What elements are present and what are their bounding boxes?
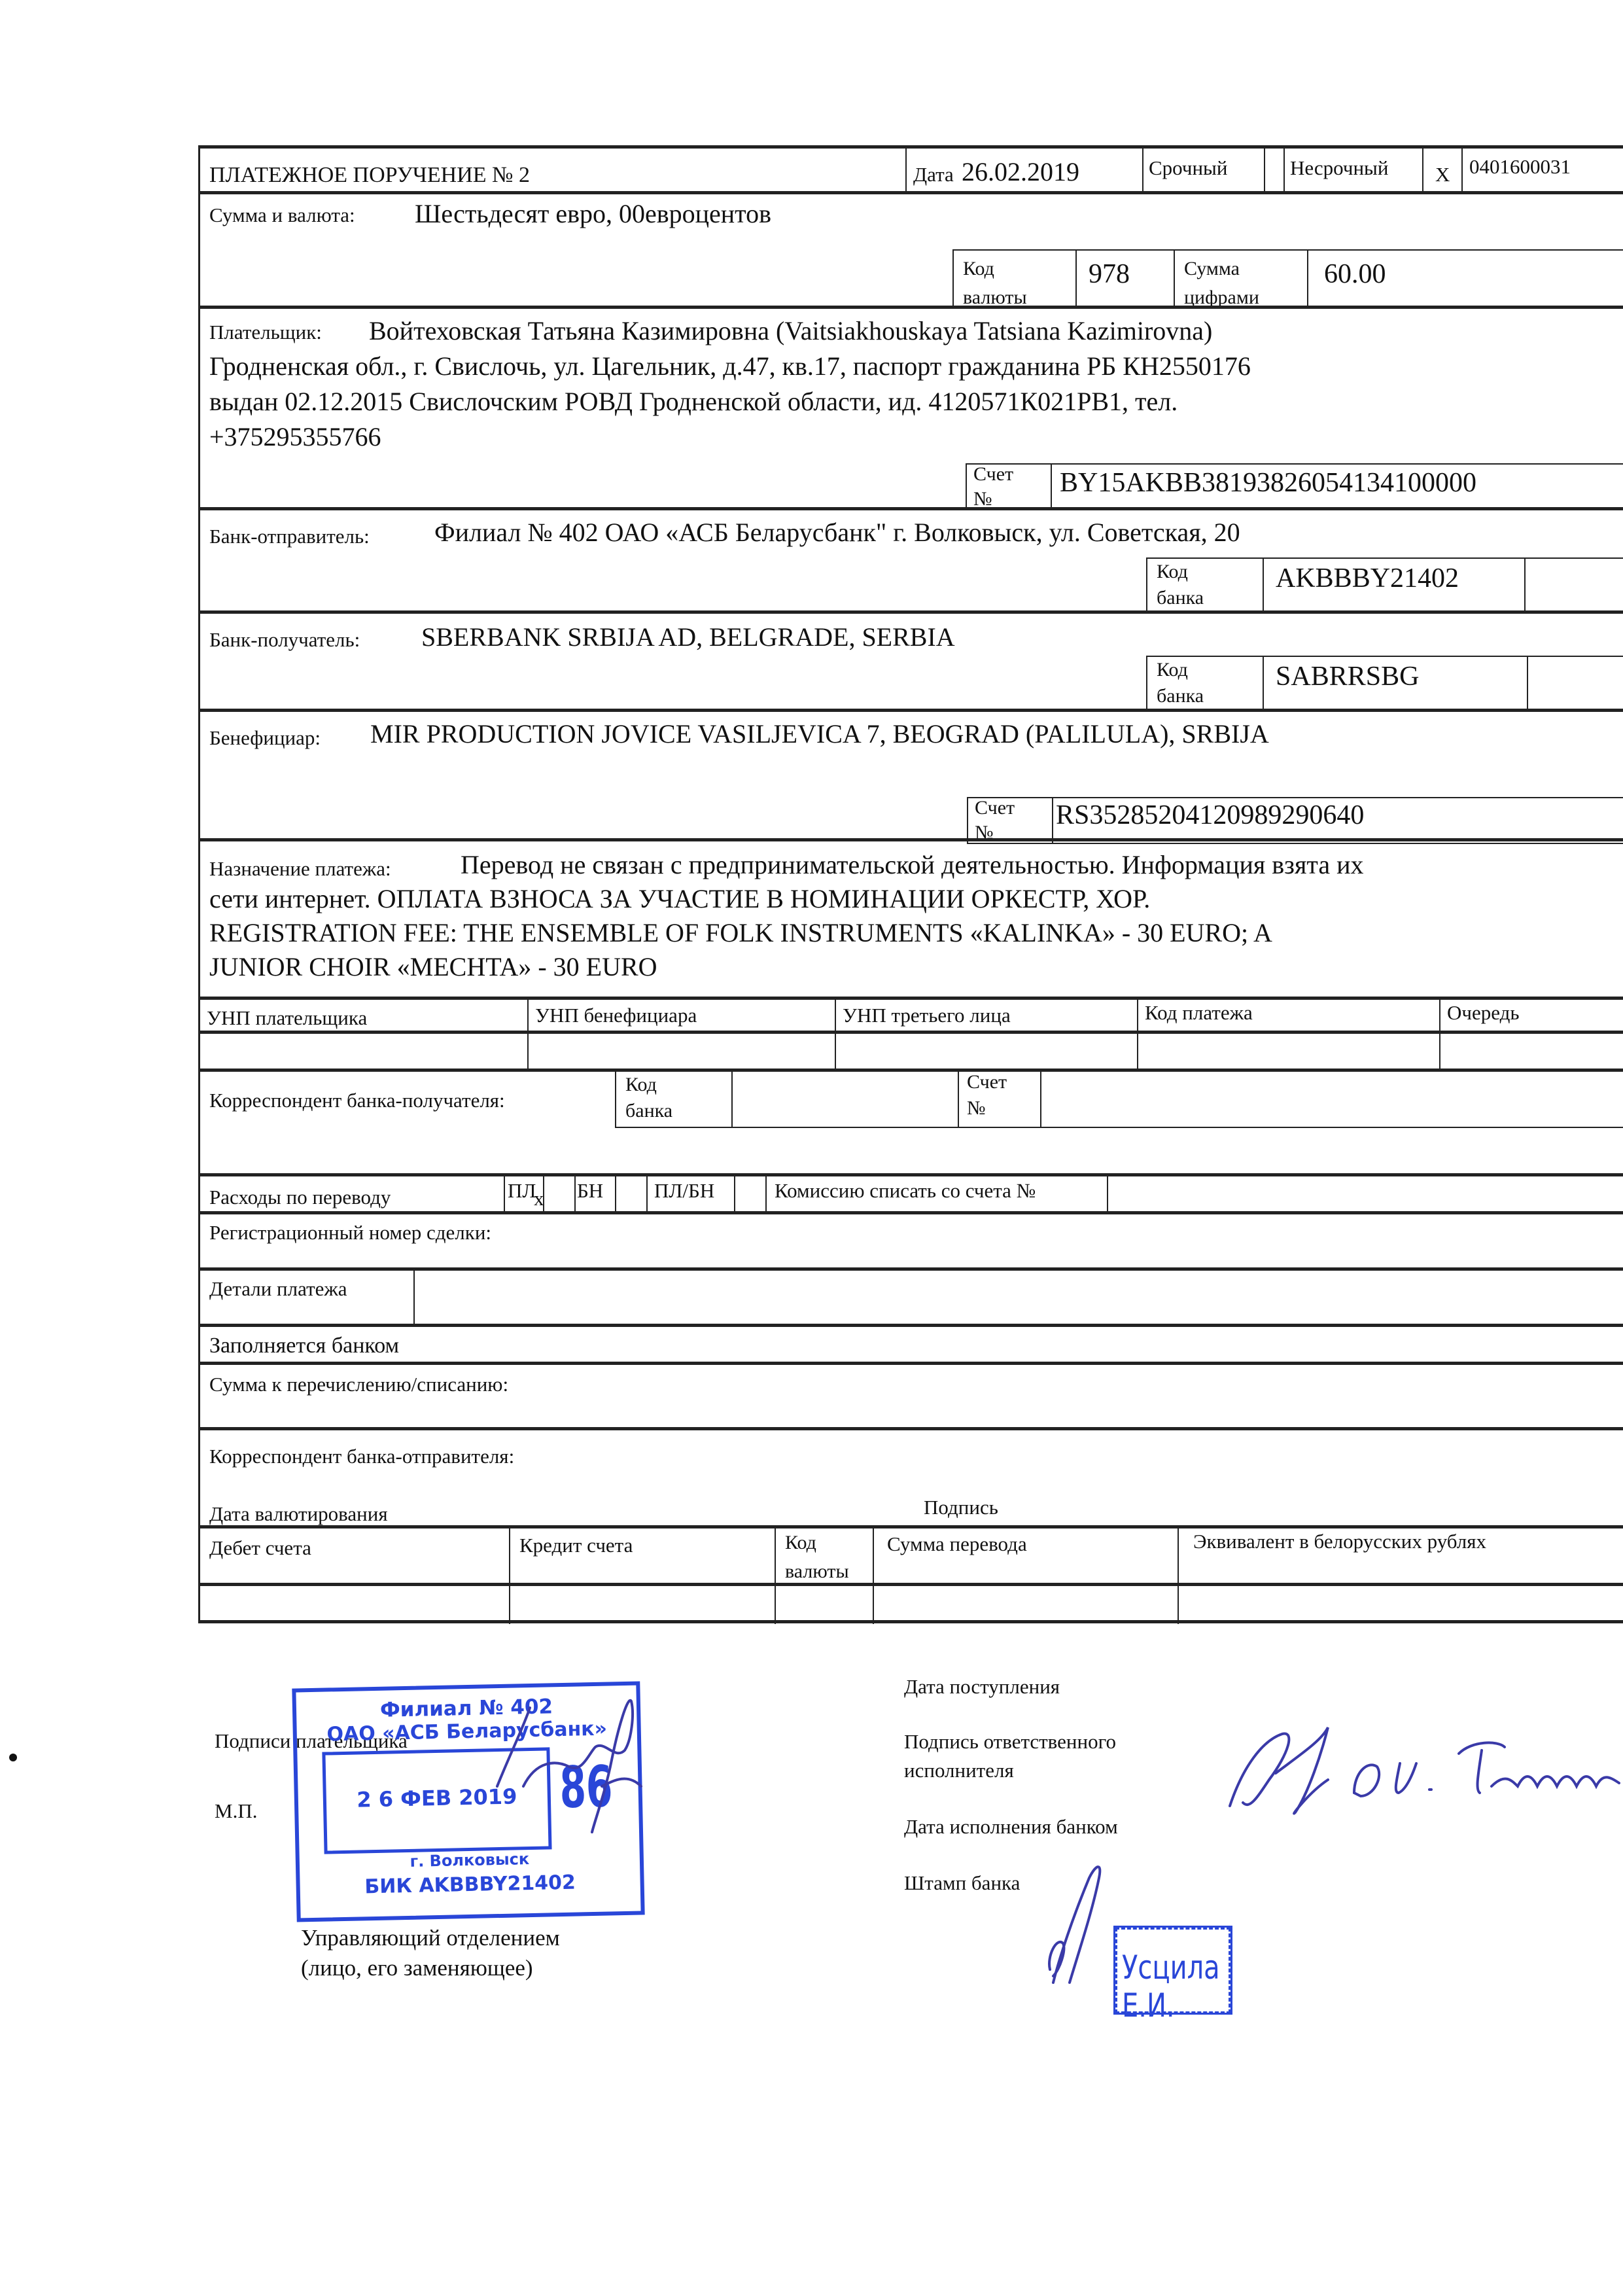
responsible-signature	[1223, 1714, 1623, 1819]
recipient-correspondent-account-label: Счет №	[967, 1069, 1006, 1122]
queue-field[interactable]	[1439, 1034, 1623, 1069]
details-field[interactable]	[413, 1271, 1623, 1324]
recipient-correspondent-box: Код банка Счет №	[615, 1072, 1623, 1128]
urgent-cell: Срочный	[1142, 149, 1264, 192]
sender-bank-code-label: Код банка	[1157, 559, 1209, 611]
non-urgent-cell: Несрочный	[1283, 149, 1422, 192]
beneficiary-account-box: Счет № RS35285204120989290640	[967, 797, 1623, 844]
execution-date-label: Дата исполнения банком	[904, 1815, 1118, 1839]
sender-bank-name[interactable]: Филиал № 402 ОАО «АСБ Беларусбанк" г. Во…	[434, 517, 1240, 548]
transfer-amount-header: Сумма перевода	[887, 1532, 1027, 1556]
bank-stamp-bik: БИК AKBBBY21402	[300, 1870, 640, 1900]
bank-amount-row: Сумма к перечислению/списанию:	[200, 1362, 1623, 1427]
recipient-bank-label: Банк-получатель:	[209, 628, 360, 652]
unp-third-party-header: УНП третьего лица	[843, 1004, 1011, 1027]
date-label: Дата	[913, 163, 954, 186]
manager-line-2: (лицо, его заменяющее)	[301, 1955, 533, 1981]
name-stamp-text: Усцила Е.И.	[1122, 1949, 1220, 2024]
amount-words[interactable]: Шестьдесят евро, 00евроцентов	[415, 198, 771, 229]
sender-bank-row: Банк-отправитель: Филиал № 402 ОАО «АСБ …	[200, 507, 1623, 610]
expense-option-shared-checkbox[interactable]	[734, 1176, 765, 1212]
sender-bank-label: Банк-отправитель:	[209, 525, 370, 548]
margin-dot	[9, 1754, 17, 1761]
sender-bank-code-box: Код банка AKBBBY21402	[1146, 557, 1623, 614]
currency-code-value[interactable]: 978	[1089, 258, 1130, 290]
recipient-correspondent-row: Корреспондент банка-получателя: Код банк…	[200, 1069, 1623, 1173]
sender-correspondent-label: Корреспондент банка-отправителя:	[209, 1445, 514, 1468]
recipient-correspondent-account-field[interactable]	[1040, 1072, 1041, 1127]
details-row: Детали платежа	[200, 1267, 1623, 1324]
debit-account-header: Дебет счета	[209, 1536, 311, 1560]
unp-payer-field[interactable]	[200, 1034, 527, 1069]
date-value[interactable]: 26.02.2019	[962, 156, 1079, 187]
amount-label: Сумма и валюта:	[209, 203, 355, 227]
commission-label: Комиссию списать со счета №	[775, 1179, 1036, 1203]
recipient-bank-row: Банк-получатель: SBERBANK SRBIJA AD, BEL…	[200, 610, 1623, 709]
debit-account-field[interactable]	[200, 1586, 509, 1624]
recipient-correspondent-code-label: Код банка	[625, 1072, 684, 1124]
expense-mark-x: x	[534, 1187, 544, 1210]
expense-option-beneficiary-checkbox[interactable]	[615, 1176, 646, 1212]
non-urgent-label: Несрочный	[1290, 156, 1388, 180]
amount-digits-label: Сумма цифрами	[1184, 255, 1276, 312]
amount-row: Сумма и валюта: Шестьдесят евро, 00евроц…	[200, 191, 1623, 306]
unp-value-row	[200, 1031, 1623, 1069]
payer-account-value[interactable]: BY15AKBB38193826054134100000	[1060, 467, 1476, 499]
recipient-bank-name[interactable]: SBERBANK SRBIJA AD, BELGRADE, SERBIA	[421, 622, 955, 652]
expenses-row: Расходы по переводу ПЛ x БН ПЛ/БН Комисс…	[200, 1173, 1623, 1211]
bank-section-title-row: Заполняется банком	[200, 1324, 1623, 1362]
beneficiary-account-value[interactable]: RS35285204120989290640	[1056, 800, 1364, 831]
payer-account-box: Счет № BY15AKBB38193826054134100000	[966, 463, 1623, 510]
form-code-cell: 0401600031	[1461, 149, 1623, 192]
byn-equivalent-field[interactable]	[1178, 1586, 1623, 1624]
payer-address[interactable]: Гродненская обл., г. Свислочь, ул. Цагел…	[209, 351, 1251, 381]
name-stamp: Усцила Е.И.	[1113, 1926, 1232, 2015]
payment-order-form: ПЛАТЕЖНОЕ ПОРУЧЕНИЕ № 2 Дата 26.02.2019 …	[198, 145, 1623, 1623]
sender-correspondent-row: Корреспондент банка-отправителя: Дата ва…	[200, 1427, 1623, 1525]
controller-signature	[1034, 1858, 1112, 1989]
currency-code-field[interactable]	[775, 1586, 873, 1624]
expenses-label: Расходы по переводу	[209, 1186, 391, 1209]
document-title: ПЛАТЕЖНОЕ ПОРУЧЕНИЕ № 2	[209, 163, 530, 188]
form-code: 0401600031	[1469, 155, 1571, 179]
transfer-table-values	[200, 1583, 1623, 1623]
commission-label-cell: Комиссию списать со счета №	[765, 1176, 1107, 1212]
responsible-signature-label-1: Подпись ответственного	[904, 1730, 1116, 1754]
unp-payer-header: УНП плательщика	[207, 1006, 367, 1030]
currency-code-label: Код валюты	[963, 255, 1028, 312]
recipient-bank-code-box: Код банка SABRRSBG	[1146, 656, 1623, 712]
unp-beneficiary-header: УНП бенефициара	[535, 1004, 697, 1027]
currency-code-header: Код валюты	[785, 1528, 837, 1586]
payment-code-header: Код платежа	[1145, 1001, 1253, 1025]
beneficiary-row: Бенефициар: MIR PRODUCTION JOVICE VASILJ…	[200, 709, 1623, 838]
responsible-signature-label-2: исполнителя	[904, 1759, 1014, 1782]
byn-equivalent-header: Эквивалент в белорусских рублях	[1193, 1530, 1486, 1553]
amount-box: Код валюты 978 Сумма цифрами 60.00	[952, 249, 1623, 307]
payer-label: Плательщик:	[209, 321, 322, 344]
header-row: ПЛАТЕЖНОЕ ПОРУЧЕНИЕ № 2 Дата 26.02.2019 …	[200, 145, 1623, 191]
unp-header-row: УНП плательщика УНП бенефициара УНП трет…	[200, 997, 1623, 1031]
purpose-line-3[interactable]: REGISTRATION FEE: THE ENSEMBLE OF FOLK I…	[209, 917, 1272, 948]
payment-code-field[interactable]	[1137, 1034, 1439, 1069]
recipient-correspondent-code-field[interactable]	[731, 1072, 733, 1127]
registration-field[interactable]	[475, 1214, 1623, 1267]
payer-account-label: Счет №	[973, 462, 1013, 512]
payer-passport[interactable]: выдан 02.12.2015 Свислочским РОВД Гродне…	[209, 386, 1178, 417]
bank-amount-label: Сумма к перечислению/списанию:	[209, 1373, 508, 1396]
recipient-correspondent-label: Корреспондент банка-получателя:	[209, 1089, 505, 1112]
purpose-row: Назначение платежа: Перевод не связан с …	[200, 838, 1623, 997]
transfer-amount-field[interactable]	[873, 1586, 1178, 1624]
urgent-checkbox[interactable]	[1264, 149, 1283, 192]
sender-bank-code-value[interactable]: AKBBBY21402	[1276, 563, 1459, 594]
amount-digits-value[interactable]: 60.00	[1324, 258, 1386, 290]
signature-label: Подпись	[924, 1496, 998, 1519]
transfer-table-header: Дебет счета Кредит счета Код валюты Сумм…	[200, 1525, 1623, 1583]
registration-row: Регистрационный номер сделки:	[200, 1211, 1623, 1267]
unp-beneficiary-field[interactable]	[527, 1034, 835, 1069]
date-cell: Дата 26.02.2019	[905, 149, 1142, 192]
non-urgent-checkbox[interactable]: X	[1422, 149, 1461, 192]
payer-signature	[484, 1688, 667, 1839]
payer-row: Плательщик: Войтеховская Татьяна Казимир…	[200, 306, 1623, 507]
seal-label: М.П.	[215, 1799, 257, 1823]
value-date-label: Дата валютирования	[209, 1502, 388, 1526]
expense-option-payer-checkbox[interactable]	[543, 1176, 574, 1212]
queue-header: Очередь	[1447, 1001, 1520, 1025]
unp-third-party-field[interactable]	[835, 1034, 1137, 1069]
purpose-label: Назначение платежа:	[209, 857, 391, 881]
recipient-bank-code-label: Код банка	[1157, 657, 1209, 709]
payer-phone[interactable]: +375295355766	[209, 421, 381, 452]
beneficiary-label: Бенефициар:	[209, 726, 321, 750]
details-label: Детали платежа	[209, 1277, 347, 1301]
purpose-line-2[interactable]: сети интернет. ОПЛАТА ВЗНОСА ЗА УЧАСТИЕ …	[209, 883, 1150, 914]
expense-option-shared[interactable]: ПЛ/БН	[646, 1176, 734, 1212]
payer-name[interactable]: Войтеховская Татьяна Казимировна (Vaitsi…	[369, 315, 1212, 346]
purpose-line-4[interactable]: JUNIOR CHOIR «MECHTA» - 30 EURO	[209, 951, 657, 982]
credit-account-header: Кредит счета	[519, 1534, 633, 1557]
purpose-line-1[interactable]: Перевод не связан с предпринимательской …	[461, 849, 1364, 880]
urgent-label: Срочный	[1149, 156, 1227, 180]
commission-account-field[interactable]	[1107, 1176, 1623, 1212]
bank-section-title: Заполняется банком	[209, 1333, 399, 1358]
receipt-date-label: Дата поступления	[904, 1675, 1060, 1699]
manager-line-1: Управляющий отделением	[301, 1925, 560, 1951]
expense-option-beneficiary[interactable]: БН	[574, 1176, 615, 1212]
recipient-bank-code-value[interactable]: SABRRSBG	[1276, 661, 1419, 692]
credit-account-field[interactable]	[509, 1586, 775, 1624]
beneficiary-name[interactable]: MIR PRODUCTION JOVICE VASILJEVICA 7, BEO…	[370, 718, 1269, 749]
registration-label: Регистрационный номер сделки:	[209, 1221, 491, 1245]
bank-stamp-label: Штамп банка	[904, 1871, 1020, 1895]
